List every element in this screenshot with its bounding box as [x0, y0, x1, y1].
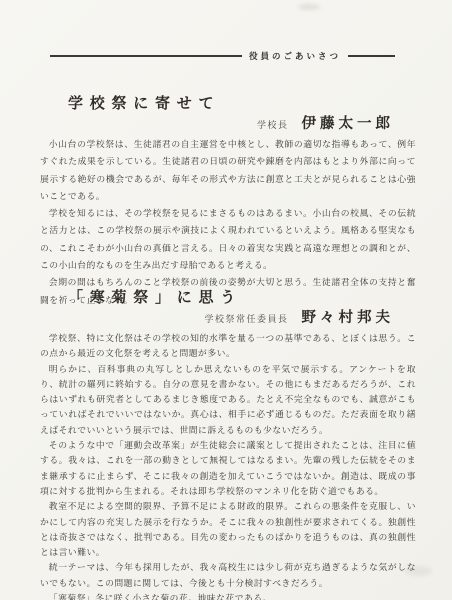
- paragraph: 教室不足による空間的限界、予算不足による財政的限界。これらの悪条件を克服し、いか…: [40, 499, 416, 560]
- pamphlet-page: 役員のごあいさつ 学校祭に寄せて 学校長 伊藤太一郎 小山台の学校祭は、生徒諸君…: [0, 0, 452, 600]
- section-2-title: 「寒菊祭」に思う: [68, 286, 242, 307]
- section-2-body: 学校祭、特に文化祭はその学校の知的水準を量る一つの基準である、とぼくは思う。この…: [40, 331, 416, 600]
- section-2-author-role: 学校祭常任委員長: [204, 312, 288, 325]
- section-1-title: 学校祭に寄せて: [68, 92, 220, 113]
- section-1-body: 小山台の学校祭は、生徒諸君の自主運営を中核とし、教師の適切な指導もあって、例年す…: [40, 136, 416, 309]
- paragraph: そのような中で「運動会改革案」が生徒総会に議案として提出されたことは、注目に値す…: [40, 438, 416, 499]
- paragraph: 「寒菊祭」冬に咲く小さな菊の花。地味な花である。: [40, 591, 416, 600]
- paragraph: 小山台の学校祭は、生徒諸君の自主運営を中核とし、教師の適切な指導もあって、例年す…: [40, 136, 416, 205]
- header-rule-left: [50, 55, 242, 57]
- section-2-author-name: 野々村邦夫: [302, 306, 395, 327]
- header-divider: 役員のごあいさつ: [50, 50, 395, 62]
- section-1-author-line: 学校長 伊藤太一郎: [257, 112, 394, 133]
- section-1-author-role: 学校長: [257, 118, 289, 131]
- paragraph: 明らかに、百科事典の丸写しとしか思えないものを平気で展示する。アンケートを取り、…: [40, 362, 416, 438]
- paragraph: 統一テーマは、今年も採用したが、我々高校生には少し荷が克ち過ぎるような気がしない…: [40, 560, 416, 591]
- paragraph: 学校祭、特に文化祭はその学校の知的水準を量る一つの基準である、とぼくは思う。この…: [40, 331, 416, 362]
- scan-smudge: [298, 4, 320, 10]
- section-1-author-name: 伊藤太一郎: [302, 112, 395, 133]
- header-label: 役員のごあいさつ: [242, 50, 348, 62]
- header-rule-right: [348, 55, 395, 57]
- section-2-author-line: 学校祭常任委員長 野々村邦夫: [204, 306, 394, 327]
- paragraph: 学校を知るには、その学校祭を見るにまさるものはあるまい。小山台の校風、その伝統と…: [40, 205, 416, 274]
